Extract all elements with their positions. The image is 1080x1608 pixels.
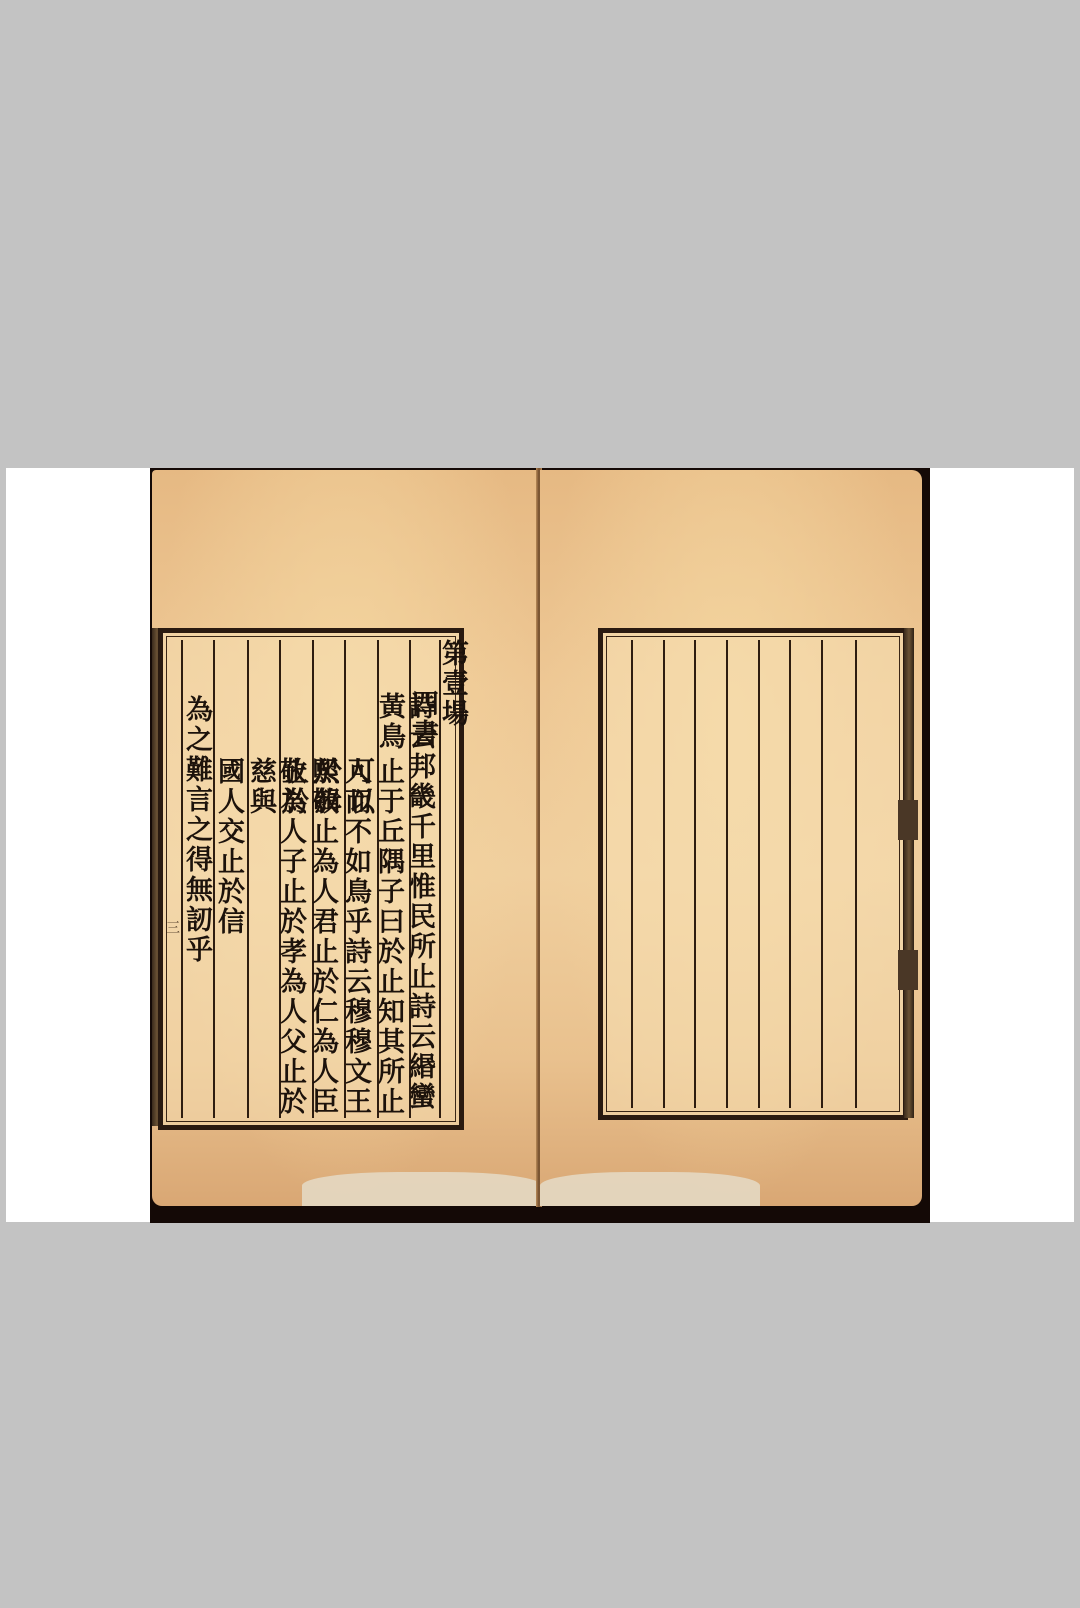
column-rule — [663, 640, 665, 1108]
fishtail-mark — [898, 950, 918, 990]
section-heading: 第壹場 — [437, 639, 467, 729]
water-stain — [302, 1172, 542, 1206]
text-column: 為之難言之得無訒乎 — [181, 695, 211, 965]
column-rule — [821, 640, 823, 1108]
fishtail-mark — [898, 800, 918, 840]
leaf-number: 三 — [162, 920, 182, 934]
text-column: 國人交止於信 — [213, 757, 243, 937]
column-rule — [631, 640, 633, 1108]
right-page — [540, 470, 922, 1206]
left-page: 第壹場 四書 詩云邦畿千里惟民所止詩云緡蠻黃鳥 止于丘隅子曰於止知其所止可以 人… — [152, 470, 538, 1206]
left-text-frame: 第壹場 四書 詩云邦畿千里惟民所止詩云緡蠻黃鳥 止于丘隅子曰於止知其所止可以 人… — [158, 628, 464, 1130]
column-rule — [694, 640, 696, 1108]
water-stain — [540, 1172, 760, 1206]
column-rule — [726, 640, 728, 1108]
column-rule — [855, 640, 857, 1108]
page-edge-shadow — [904, 628, 914, 1118]
column-rule — [758, 640, 760, 1108]
column-rule — [789, 640, 791, 1108]
book-scan: 第壹場 四書 詩云邦畿千里惟民所止詩云緡蠻黃鳥 止于丘隅子曰於止知其所止可以 人… — [150, 468, 930, 1223]
scan-bottom-edge — [150, 1207, 930, 1223]
text-column: 敬為人子止於孝為人父止於慈與 — [245, 757, 305, 1121]
right-blank-frame — [598, 628, 908, 1120]
